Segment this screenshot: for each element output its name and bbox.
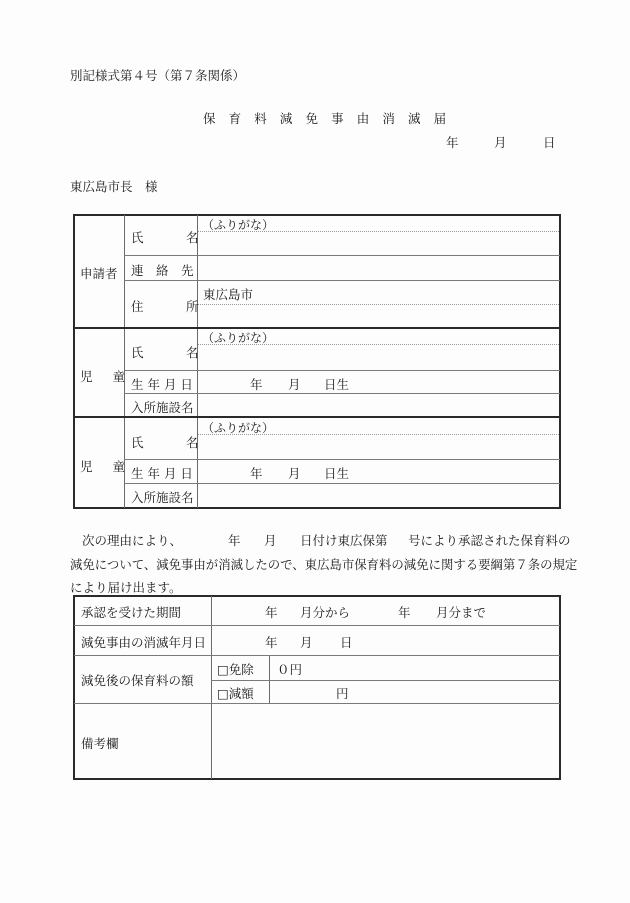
row-divider — [124, 280, 560, 281]
child1-facility-field[interactable] — [199, 395, 558, 416]
statement-line1-c: 号により承認された保育料の — [408, 531, 571, 549]
period-from-year[interactable]: 年 — [265, 603, 278, 621]
date-year[interactable]: 年 — [446, 133, 459, 151]
table2-col-divider — [211, 596, 212, 779]
row-divider — [74, 655, 560, 656]
row-divider — [124, 483, 560, 484]
child2-furigana-divider — [198, 434, 559, 435]
row-divider — [124, 459, 560, 460]
amount-label: 減免後の保育料の額 — [81, 671, 194, 689]
remarks-field[interactable] — [213, 705, 558, 777]
applicant-contact-label: 連 絡 先 — [131, 261, 194, 279]
end-date-label: 減免事由の消滅年月日 — [81, 633, 206, 651]
child2-dob-year[interactable]: 年 — [250, 464, 263, 482]
statement-month[interactable]: 月 — [264, 531, 277, 549]
date-day[interactable]: 日 — [543, 133, 556, 151]
period-to-month[interactable]: 月分まで — [436, 603, 486, 621]
reduction-amount-field[interactable] — [271, 682, 331, 702]
section-divider — [74, 327, 560, 329]
exemption-amount: ０円 — [277, 660, 302, 678]
row-divider — [124, 370, 560, 371]
applicant-address-field[interactable] — [199, 306, 558, 327]
statement-line1-a: 次の理由により、 — [82, 531, 182, 549]
applicant-furigana-divider — [198, 231, 559, 232]
exemption-checkbox[interactable]: □免除 — [217, 660, 254, 678]
reduction-unit: 円 — [336, 684, 349, 702]
applicant-name-field[interactable] — [199, 233, 558, 254]
period-from-month[interactable]: 月分から — [300, 603, 350, 621]
applicant-name-label: 氏 名 — [131, 228, 200, 246]
end-date-year[interactable]: 年 — [265, 633, 278, 651]
remarks-label: 備考欄 — [81, 734, 119, 752]
period-to-year[interactable]: 年 — [398, 603, 411, 621]
applicant-address-prefill: 東広島市 — [203, 285, 253, 303]
applicant-contact-field[interactable] — [199, 257, 558, 279]
period-label: 承認を受けた期間 — [81, 603, 181, 621]
child2-dob-label: 生 年 月 日 — [131, 464, 193, 482]
address-divider — [198, 304, 559, 305]
date-month[interactable]: 月 — [494, 133, 507, 151]
child2-facility-label: 入所施設名 — [131, 488, 194, 506]
statement-line3: により届け出ます。 — [70, 578, 182, 596]
child1-name-label: 氏 名 — [131, 343, 200, 361]
child1-dob-day[interactable]: 日生 — [324, 375, 349, 393]
child2-dob-month[interactable]: 月 — [288, 464, 301, 482]
reduction-checkbox[interactable]: □減額 — [217, 684, 254, 702]
child1-section-label: 児 童 — [80, 367, 129, 385]
child2-facility-field[interactable] — [199, 485, 558, 506]
end-date-day[interactable]: 日 — [340, 633, 353, 651]
table1-col-divider-2 — [197, 215, 198, 508]
statement-line1-b: 日付け東広保第 — [300, 531, 388, 549]
row-divider — [124, 393, 560, 394]
statement-line2: 減免について、減免事由が消滅したので、東広島市保育料の減免に関する要綱第７条の規… — [70, 555, 577, 573]
child1-dob-year[interactable]: 年 — [250, 375, 263, 393]
child1-facility-label: 入所施設名 — [131, 398, 194, 416]
end-date-month[interactable]: 月 — [300, 633, 313, 651]
applicant-furigana-field[interactable] — [270, 216, 558, 230]
child2-dob-day[interactable]: 日生 — [324, 464, 349, 482]
child1-furigana-divider — [198, 344, 559, 345]
applicant-section-label: 申請者 — [80, 264, 118, 282]
child1-dob-label: 生 年 月 日 — [131, 375, 193, 393]
row-divider — [124, 255, 560, 256]
section-divider — [74, 416, 560, 418]
child1-dob-month[interactable]: 月 — [288, 375, 301, 393]
statement-year[interactable]: 年 — [228, 531, 241, 549]
addressee: 東広島市長 様 — [70, 177, 158, 195]
row-divider — [74, 703, 560, 704]
child2-name-label: 氏 名 — [131, 433, 200, 451]
child1-name-field[interactable] — [199, 346, 558, 369]
form-number: 別記様式第４号（第７条関係） — [70, 66, 245, 84]
document-title: 保育料減免事由消滅届 — [203, 109, 459, 127]
row-divider — [211, 680, 560, 681]
row-divider — [74, 625, 560, 626]
applicant-address-label: 住 所 — [131, 297, 200, 315]
child2-name-field[interactable] — [199, 436, 558, 459]
child2-section-label: 児 童 — [80, 457, 129, 475]
